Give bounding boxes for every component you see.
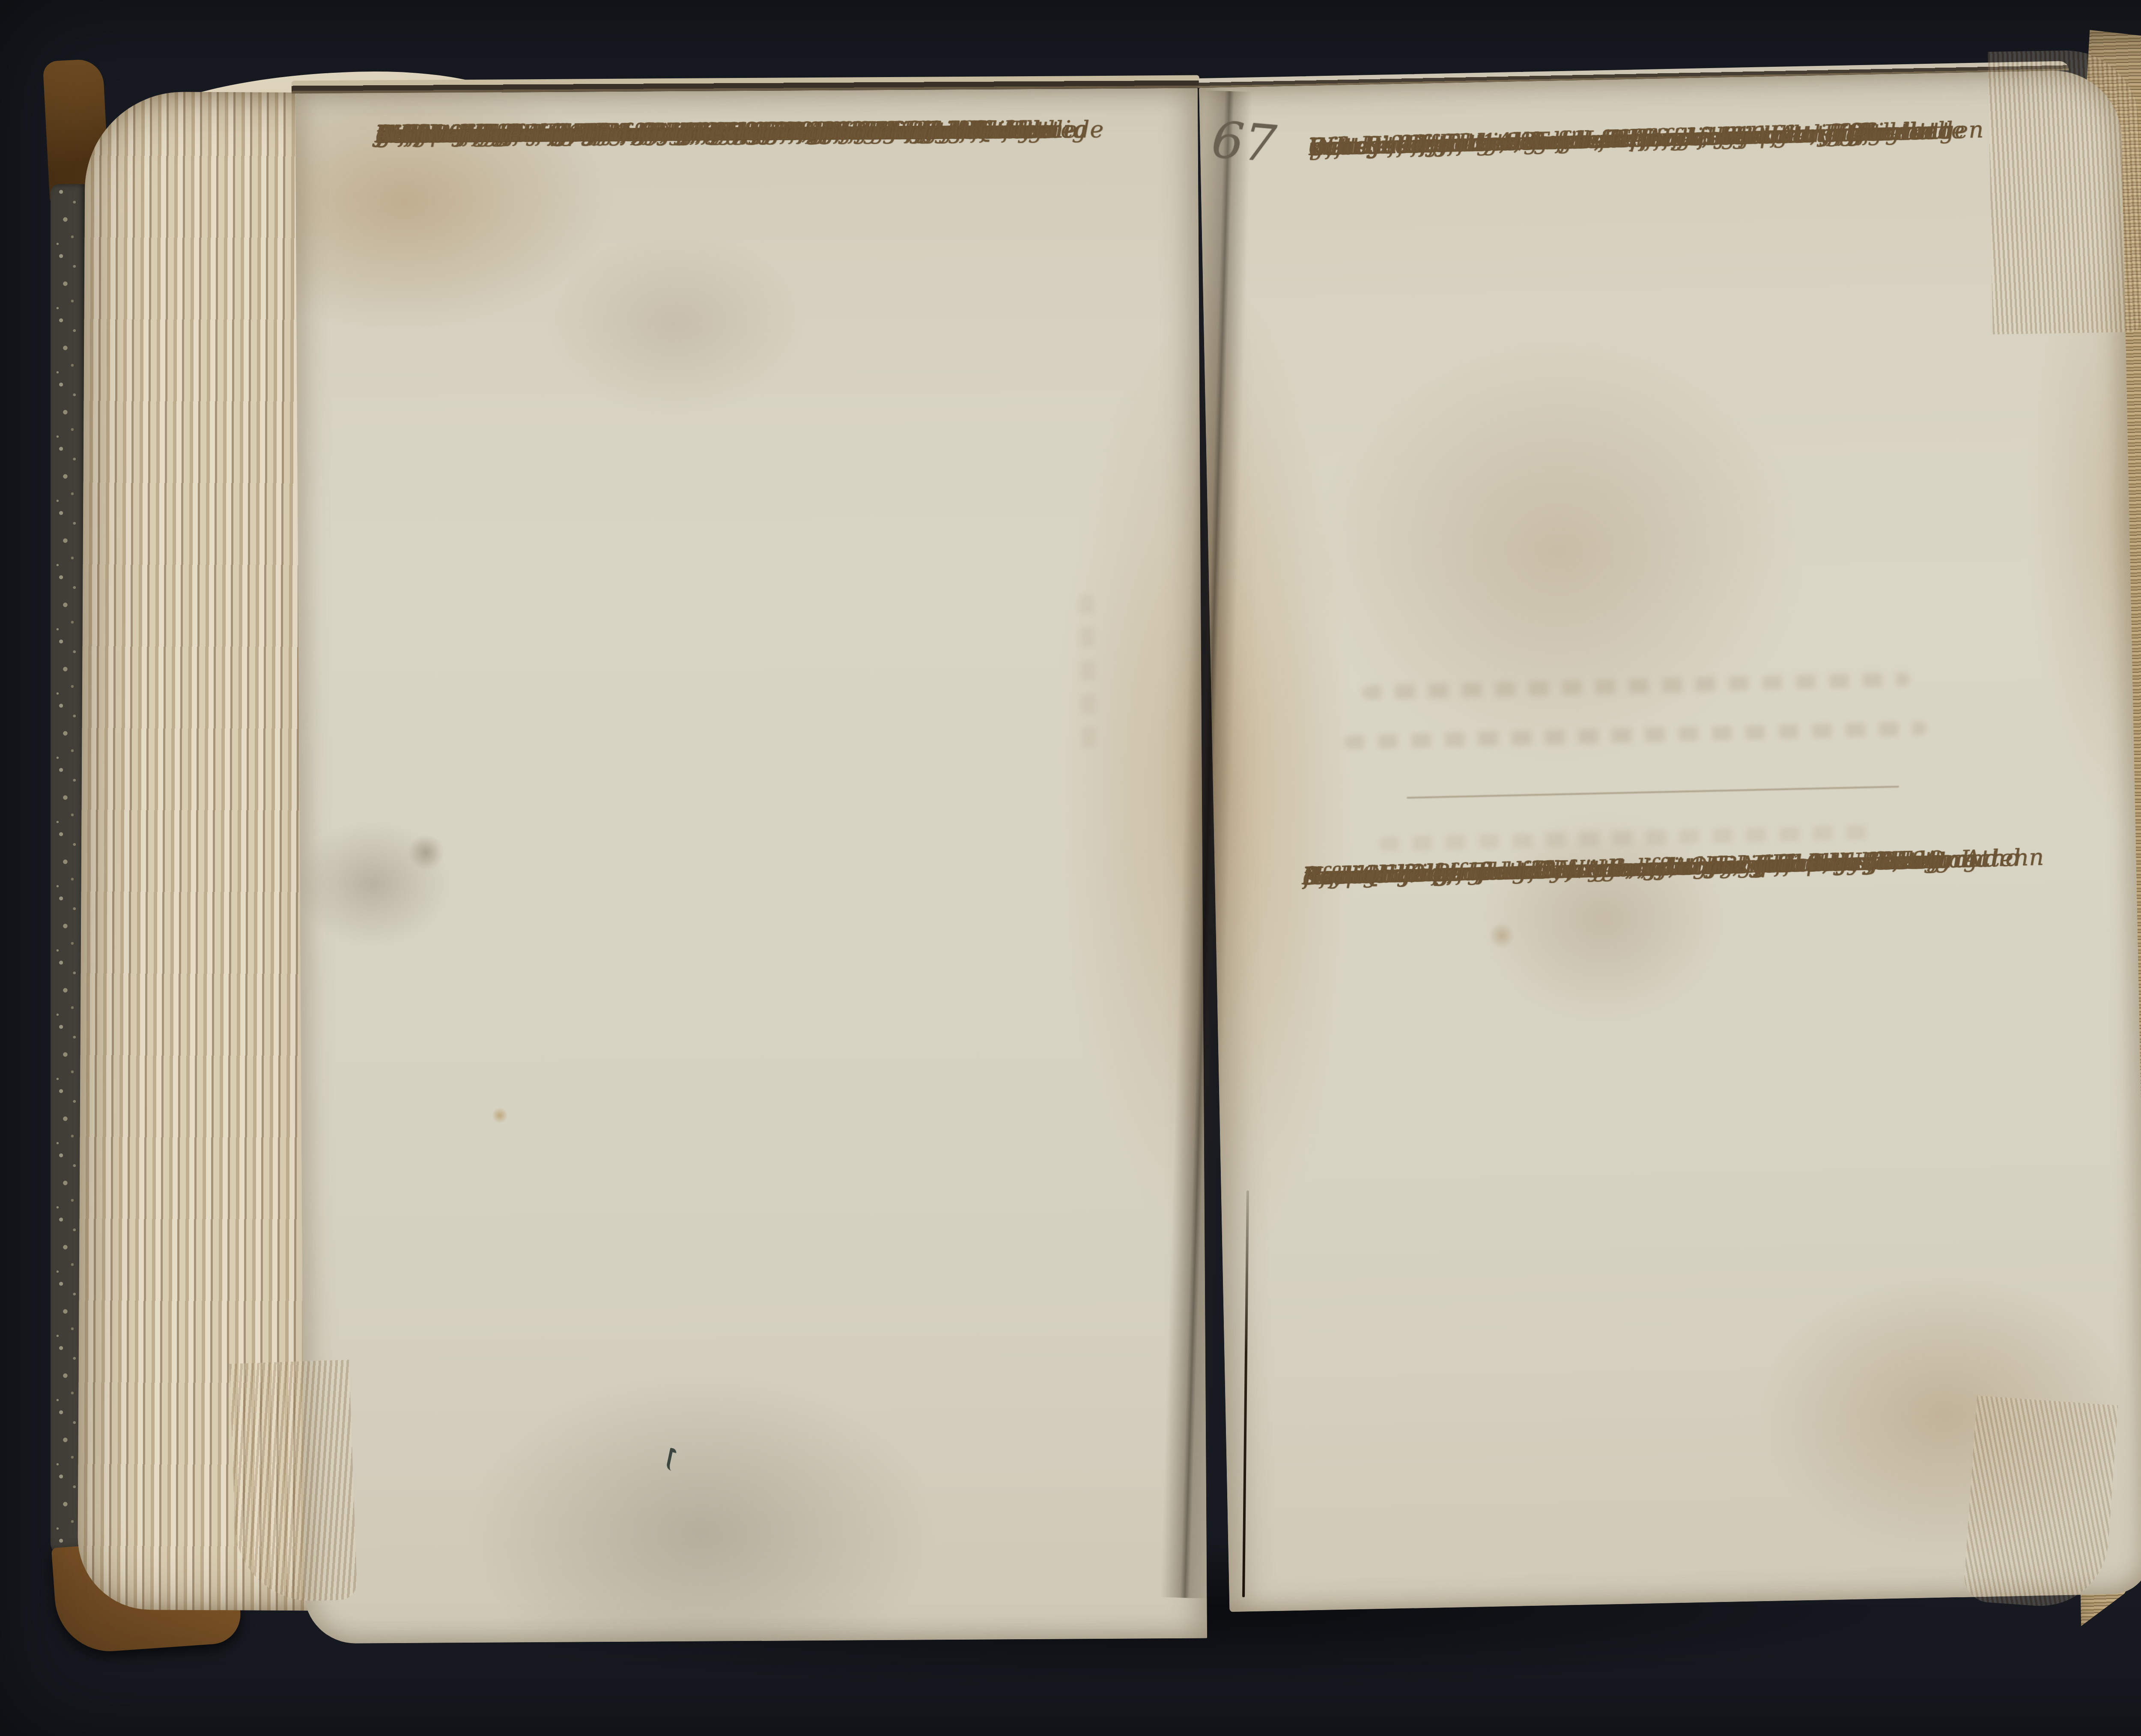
photo-vignette	[0, 0, 2141, 1736]
manuscript-book-photo: Jud bekrefftn Amame och Opberet aff duar…	[0, 0, 2141, 1736]
